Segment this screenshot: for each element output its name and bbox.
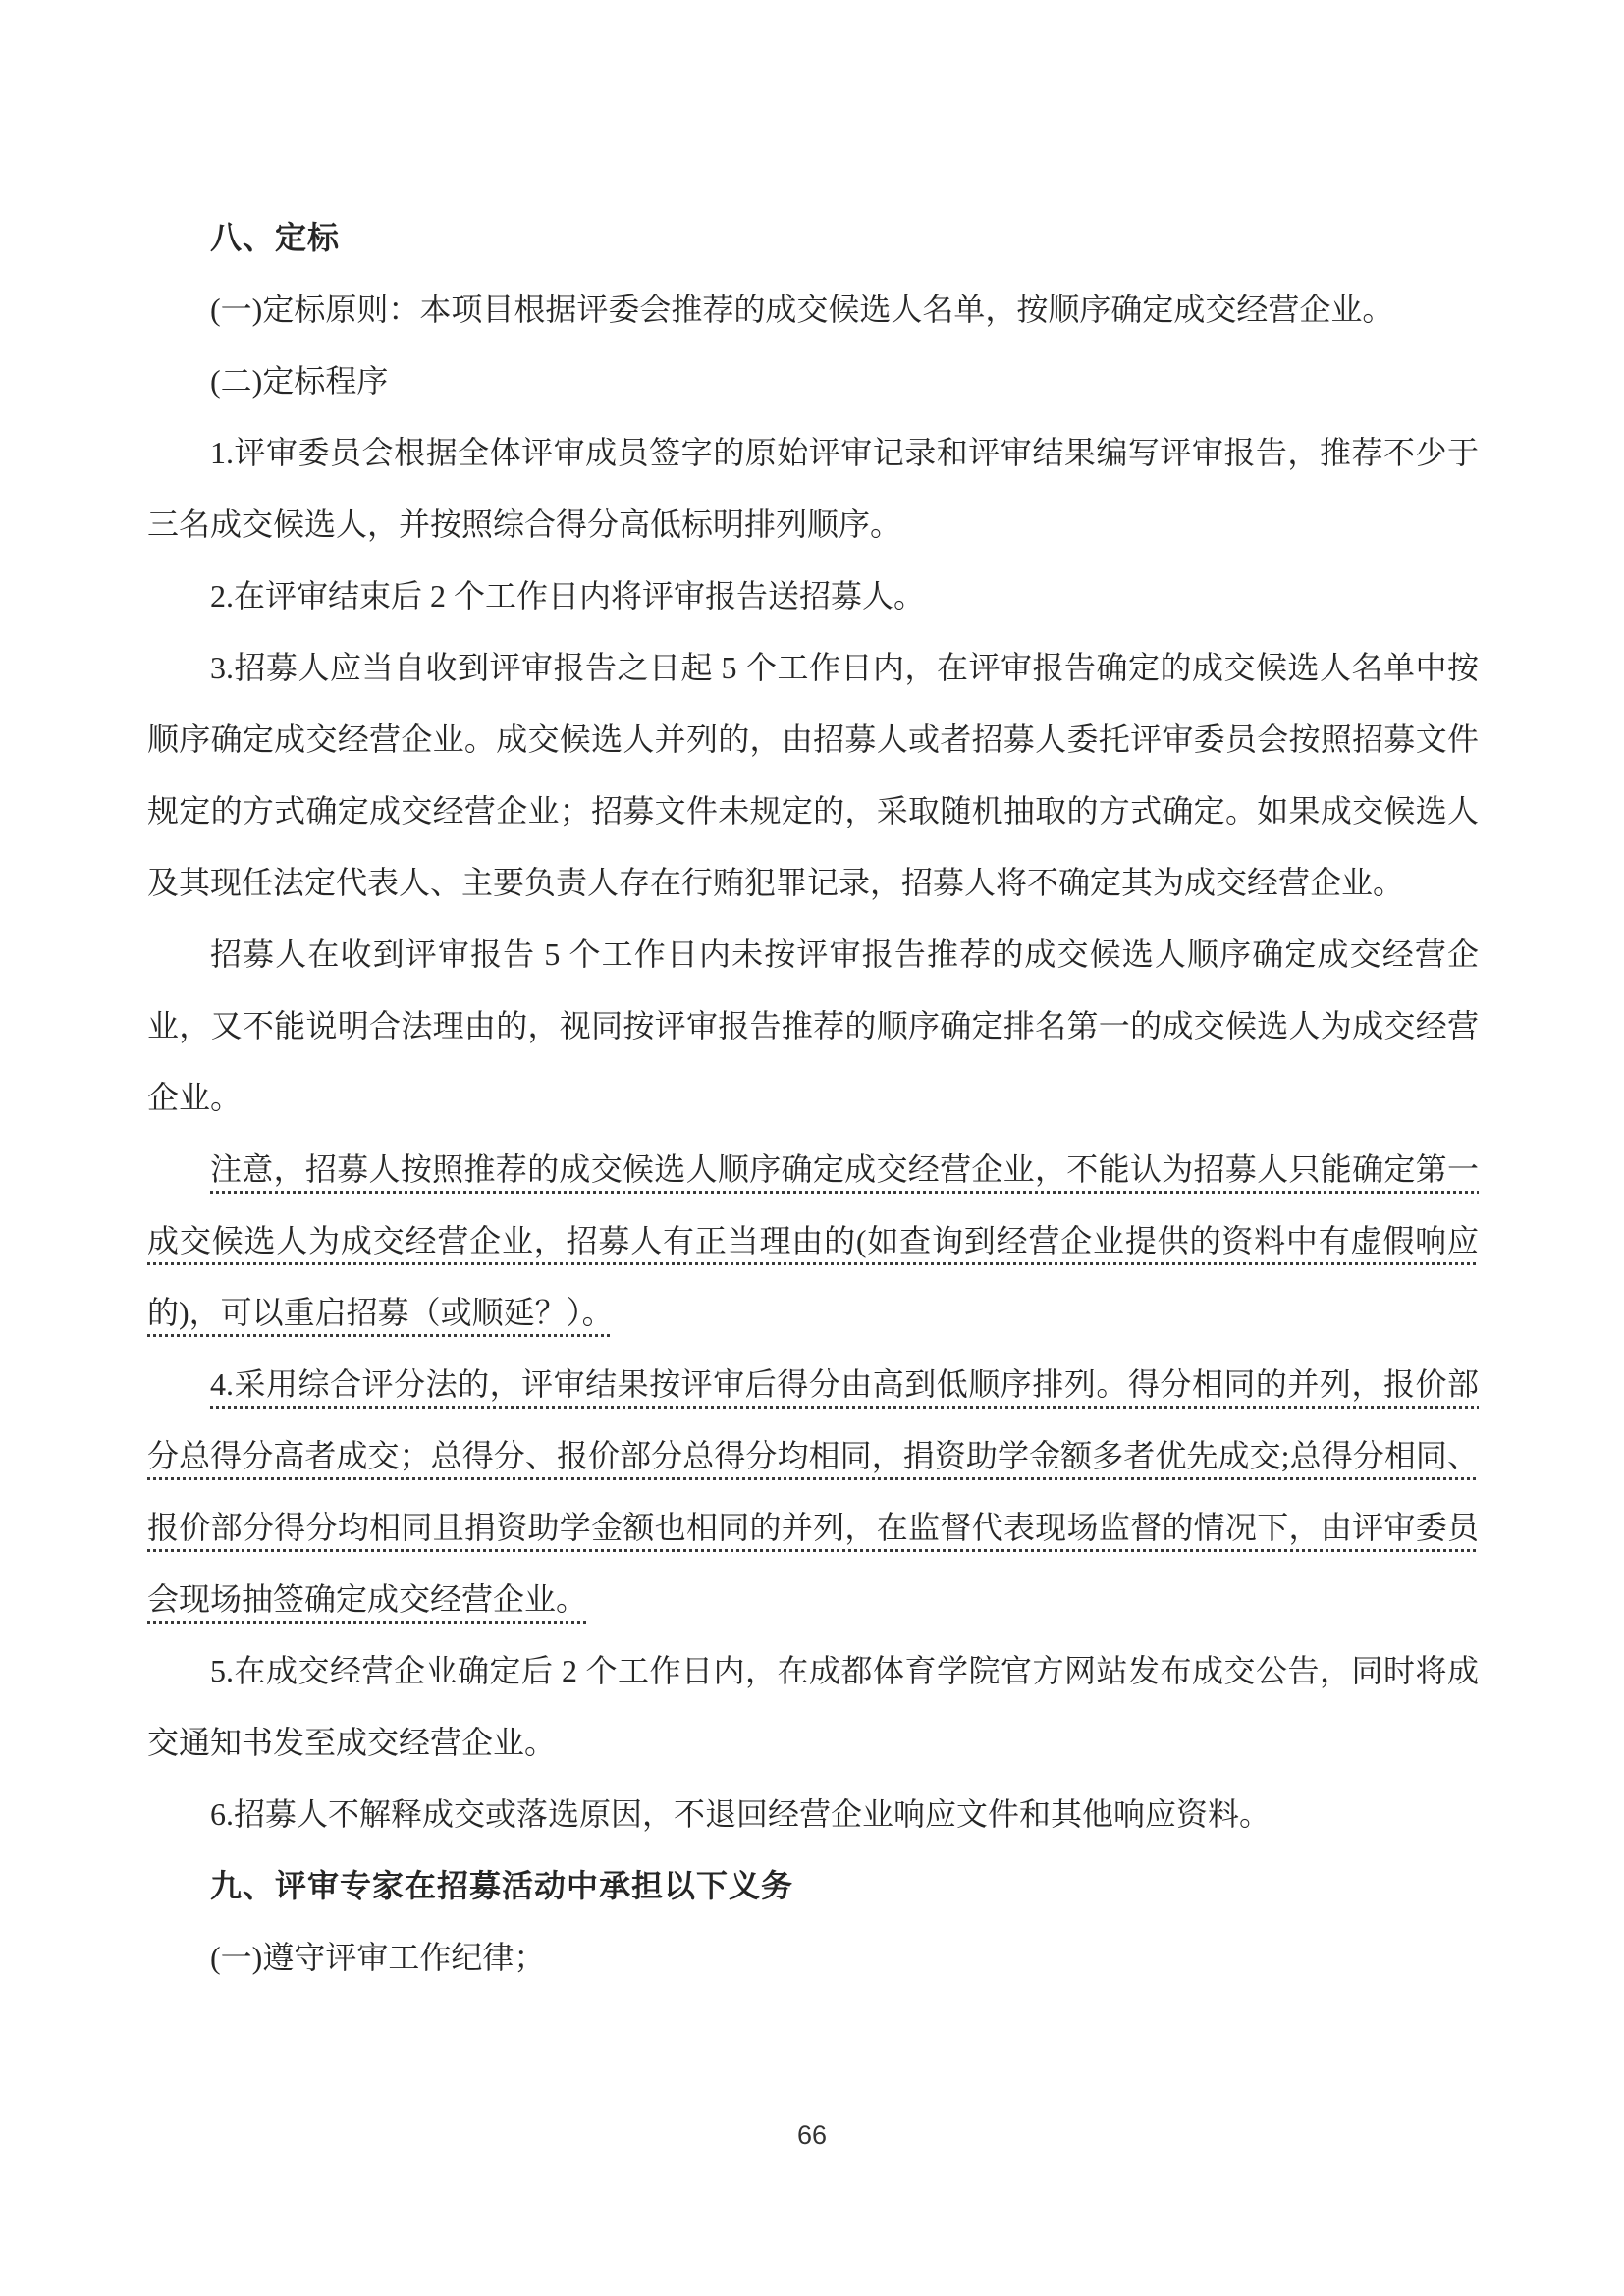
paragraph: (二)定标程序 [147, 346, 1479, 417]
page-footer: 66 [0, 2120, 1624, 2151]
paragraph: (一)定标原则：本项目根据评委会推荐的成交候选人名单，按顺序确定成交经营企业。 [147, 274, 1479, 346]
section-heading: 九、评审专家在招募活动中承担以下义务 [147, 1850, 1479, 1922]
paragraph: (一)遵守评审工作纪律； [147, 1922, 1479, 1994]
paragraph: 3.招募人应当自收到评审报告之日起 5 个工作日内，在评审报告确定的成交候选人名… [147, 632, 1479, 919]
document-content: 八、定标 (一)定标原则：本项目根据评委会推荐的成交候选人名单，按顺序确定成交经… [147, 202, 1479, 1994]
paragraph-underlined-rule: 4.采用综合评分法的，评审结果按评审后得分由高到低顺序排列。得分相同的并列，报价… [147, 1349, 1479, 1635]
paragraph: 5.在成交经营企业确定后 2 个工作日内，在成都体育学院官方网站发布成交公告，同… [147, 1635, 1479, 1779]
section-heading: 八、定标 [147, 202, 1479, 274]
paragraph: 6.招募人不解释成交或落选原因，不退回经营企业响应文件和其他响应资料。 [147, 1779, 1479, 1850]
document-page: 八、定标 (一)定标原则：本项目根据评委会推荐的成交候选人名单，按顺序确定成交经… [0, 0, 1624, 2296]
paragraph: 招募人在收到评审报告 5 个工作日内未按评审报告推荐的成交候选人顺序确定成交经营… [147, 919, 1479, 1134]
paragraph: 2.在评审结束后 2 个工作日内将评审报告送招募人。 [147, 561, 1479, 632]
paragraph-underlined-note: 注意，招募人按照推荐的成交候选人顺序确定成交经营企业，不能认为招募人只能确定第一… [147, 1134, 1479, 1349]
paragraph: 1.评审委员会根据全体评审成员签字的原始评审记录和评审结果编写评审报告，推荐不少… [147, 417, 1479, 561]
page-number: 66 [797, 2120, 827, 2150]
